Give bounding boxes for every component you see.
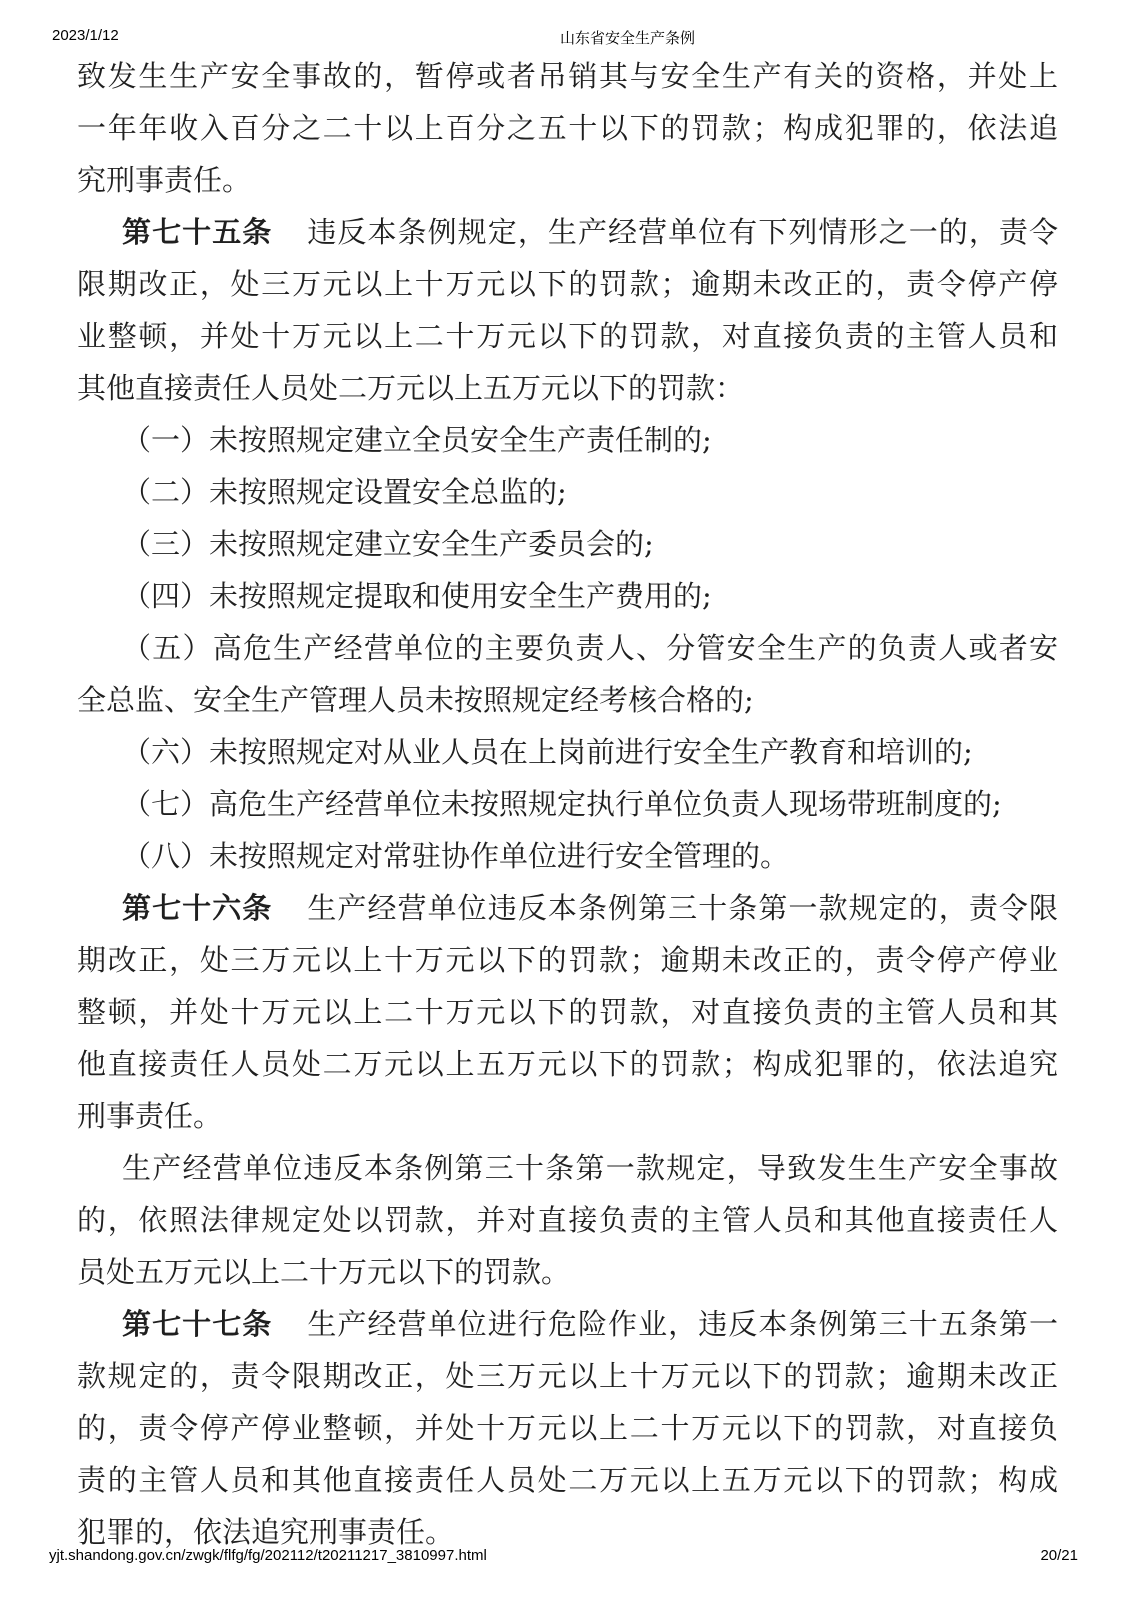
- text-line: 员处五万元以上二十万元以下的罚款。: [77, 1246, 1058, 1298]
- document-body: 致发生生产安全事故的，暂停或者吊销其与安全生产有关的资格，并处上一年年收入百分之…: [77, 50, 1058, 1558]
- text-line: 其他直接责任人员处二万元以上五万元以下的罚款：: [77, 362, 1058, 414]
- printed-page: 2023/1/12 山东省安全生产条例 致发生生产安全事故的，暂停或者吊销其与安…: [0, 0, 1131, 1600]
- text-line: 限期改正，处三万元以上十万元以下的罚款；逾期未改正的，责令停产停: [77, 258, 1058, 310]
- text-line: （六）未按照规定对从业人员在上岗前进行安全生产教育和培训的;: [77, 726, 1058, 778]
- text-line: （二）未按照规定设置安全总监的;: [77, 466, 1058, 518]
- text-line: 生产经营单位违反本条例第三十条第一款规定，导致发生生产安全事故: [77, 1142, 1058, 1194]
- text-line: （四）未按照规定提取和使用安全生产费用的;: [77, 570, 1058, 622]
- text-line: 刑事责任。: [77, 1090, 1058, 1142]
- text-line: 第七十六条生产经营单位违反本条例第三十条第一款规定的，责令限: [77, 882, 1058, 934]
- article-number: 第七十六条: [122, 891, 272, 925]
- print-footer-page-number: 20/21: [1040, 1547, 1078, 1564]
- text-line: 业整顿，并处十万元以上二十万元以下的罚款，对直接负责的主管人员和: [77, 310, 1058, 362]
- text-line: 的，依照法律规定处以罚款，并对直接负责的主管人员和其他直接责任人: [77, 1194, 1058, 1246]
- text-line: 整顿，并处十万元以上二十万元以下的罚款，对直接负责的主管人员和其: [77, 986, 1058, 1038]
- text-line: 他直接责任人员处二万元以上五万元以下的罚款；构成犯罪的，依法追究: [77, 1038, 1058, 1090]
- text-line: 第七十五条违反本条例规定，生产经营单位有下列情形之一的，责令: [77, 206, 1058, 258]
- text-line: 第七十七条生产经营单位进行危险作业，违反本条例第三十五条第一: [77, 1298, 1058, 1350]
- text-line: 期改正，处三万元以上十万元以下的罚款；逾期未改正的，责令停产停业: [77, 934, 1058, 986]
- text-line: （五）高危生产经营单位的主要负责人、分管安全生产的负责人或者安: [77, 622, 1058, 674]
- text-line: 责的主管人员和其他直接责任人员处二万元以上五万元以下的罚款；构成: [77, 1454, 1058, 1506]
- text-line: 款规定的，责令限期改正，处三万元以上十万元以下的罚款；逾期未改正: [77, 1350, 1058, 1402]
- text-line: 全总监、安全生产管理人员未按照规定经考核合格的;: [77, 674, 1058, 726]
- text-line: （三）未按照规定建立安全生产委员会的;: [77, 518, 1058, 570]
- text-line: 致发生生产安全事故的，暂停或者吊销其与安全生产有关的资格，并处上: [77, 50, 1058, 102]
- text-line: 一年年收入百分之二十以上百分之五十以下的罚款；构成犯罪的，依法追: [77, 102, 1058, 154]
- print-header-title: 山东省安全生产条例: [560, 27, 695, 48]
- article-number: 第七十五条: [122, 215, 272, 249]
- text-line: （八）未按照规定对常驻协作单位进行安全管理的。: [77, 830, 1058, 882]
- print-header-date: 2023/1/12: [52, 27, 119, 44]
- text-line: （一）未按照规定建立全员安全生产责任制的;: [77, 414, 1058, 466]
- text-line: （七）高危生产经营单位未按照规定执行单位负责人现场带班制度的;: [77, 778, 1058, 830]
- text-line: 的，责令停产停业整顿，并处十万元以上二十万元以下的罚款，对直接负: [77, 1402, 1058, 1454]
- print-footer-url: yjt.shandong.gov.cn/zwgk/flfg/fg/202112/…: [49, 1547, 487, 1564]
- article-number: 第七十七条: [122, 1307, 272, 1341]
- text-line: 究刑事责任。: [77, 154, 1058, 206]
